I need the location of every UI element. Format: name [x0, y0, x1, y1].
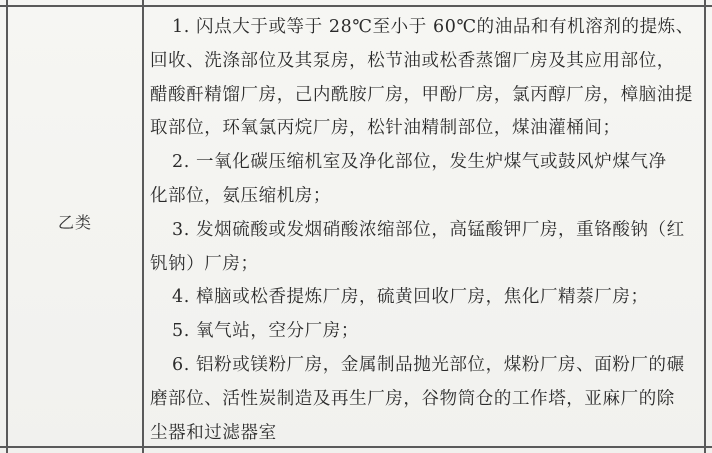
item-1-line-3: 醋酸酐精馏厂房，己内酰胺厂房，甲酚厂房，氯丙醇厂房，樟脑油提	[150, 79, 702, 113]
item-6-line-1: 6. 铝粉或镁粉厂房，金属制品抛光部位，煤粉厂房、面粉厂的碾	[150, 349, 702, 383]
item-1-line-4: 取部位，环氧氯丙烷厂房，松针油精制部位，煤油灌桶间；	[150, 112, 702, 146]
item-2-line-2: 化部位，氨压缩机房；	[150, 180, 702, 214]
item-3-line-1: 3. 发烟硫酸或发烟硝酸浓缩部位，高锰酸钾厂房，重铬酸钠（红	[150, 214, 702, 248]
item-3-line-2: 钒钠）厂房；	[150, 248, 702, 282]
description-cell: 1. 闪点大于或等于 28℃至小于 60℃的油品和有机溶剂的提炼、 回收、洗涤部…	[150, 11, 702, 450]
category-cell: 乙类	[8, 210, 142, 233]
table-column-divider	[142, 0, 144, 453]
item-4-line-1: 4. 樟脑或松香提炼厂房，硫黄回收厂房，焦化厂精萘厂房；	[150, 281, 702, 315]
item-2-line-1: 2. 一氧化碳压缩机室及净化部位，发生炉煤气或鼓风炉煤气净	[150, 146, 702, 180]
item-5-line-1: 5. 氧气站，空分厂房；	[150, 315, 702, 349]
document-page: 乙类 1. 闪点大于或等于 28℃至小于 60℃的油品和有机溶剂的提炼、 回收、…	[0, 0, 712, 453]
item-6-line-3: 尘器和过滤器室	[150, 417, 702, 451]
item-1-line-2: 回收、洗涤部位及其泵房，松节油或松香蒸馏厂房及其应用部位，	[150, 45, 702, 79]
item-1-line-1: 1. 闪点大于或等于 28℃至小于 60℃的油品和有机溶剂的提炼、	[150, 11, 702, 45]
item-6-line-2: 磨部位、活性炭制造及再生厂房，谷物筒仓的工作塔，亚麻厂的除	[150, 383, 702, 417]
table-top-border	[0, 5, 712, 7]
table-right-border	[704, 0, 706, 453]
